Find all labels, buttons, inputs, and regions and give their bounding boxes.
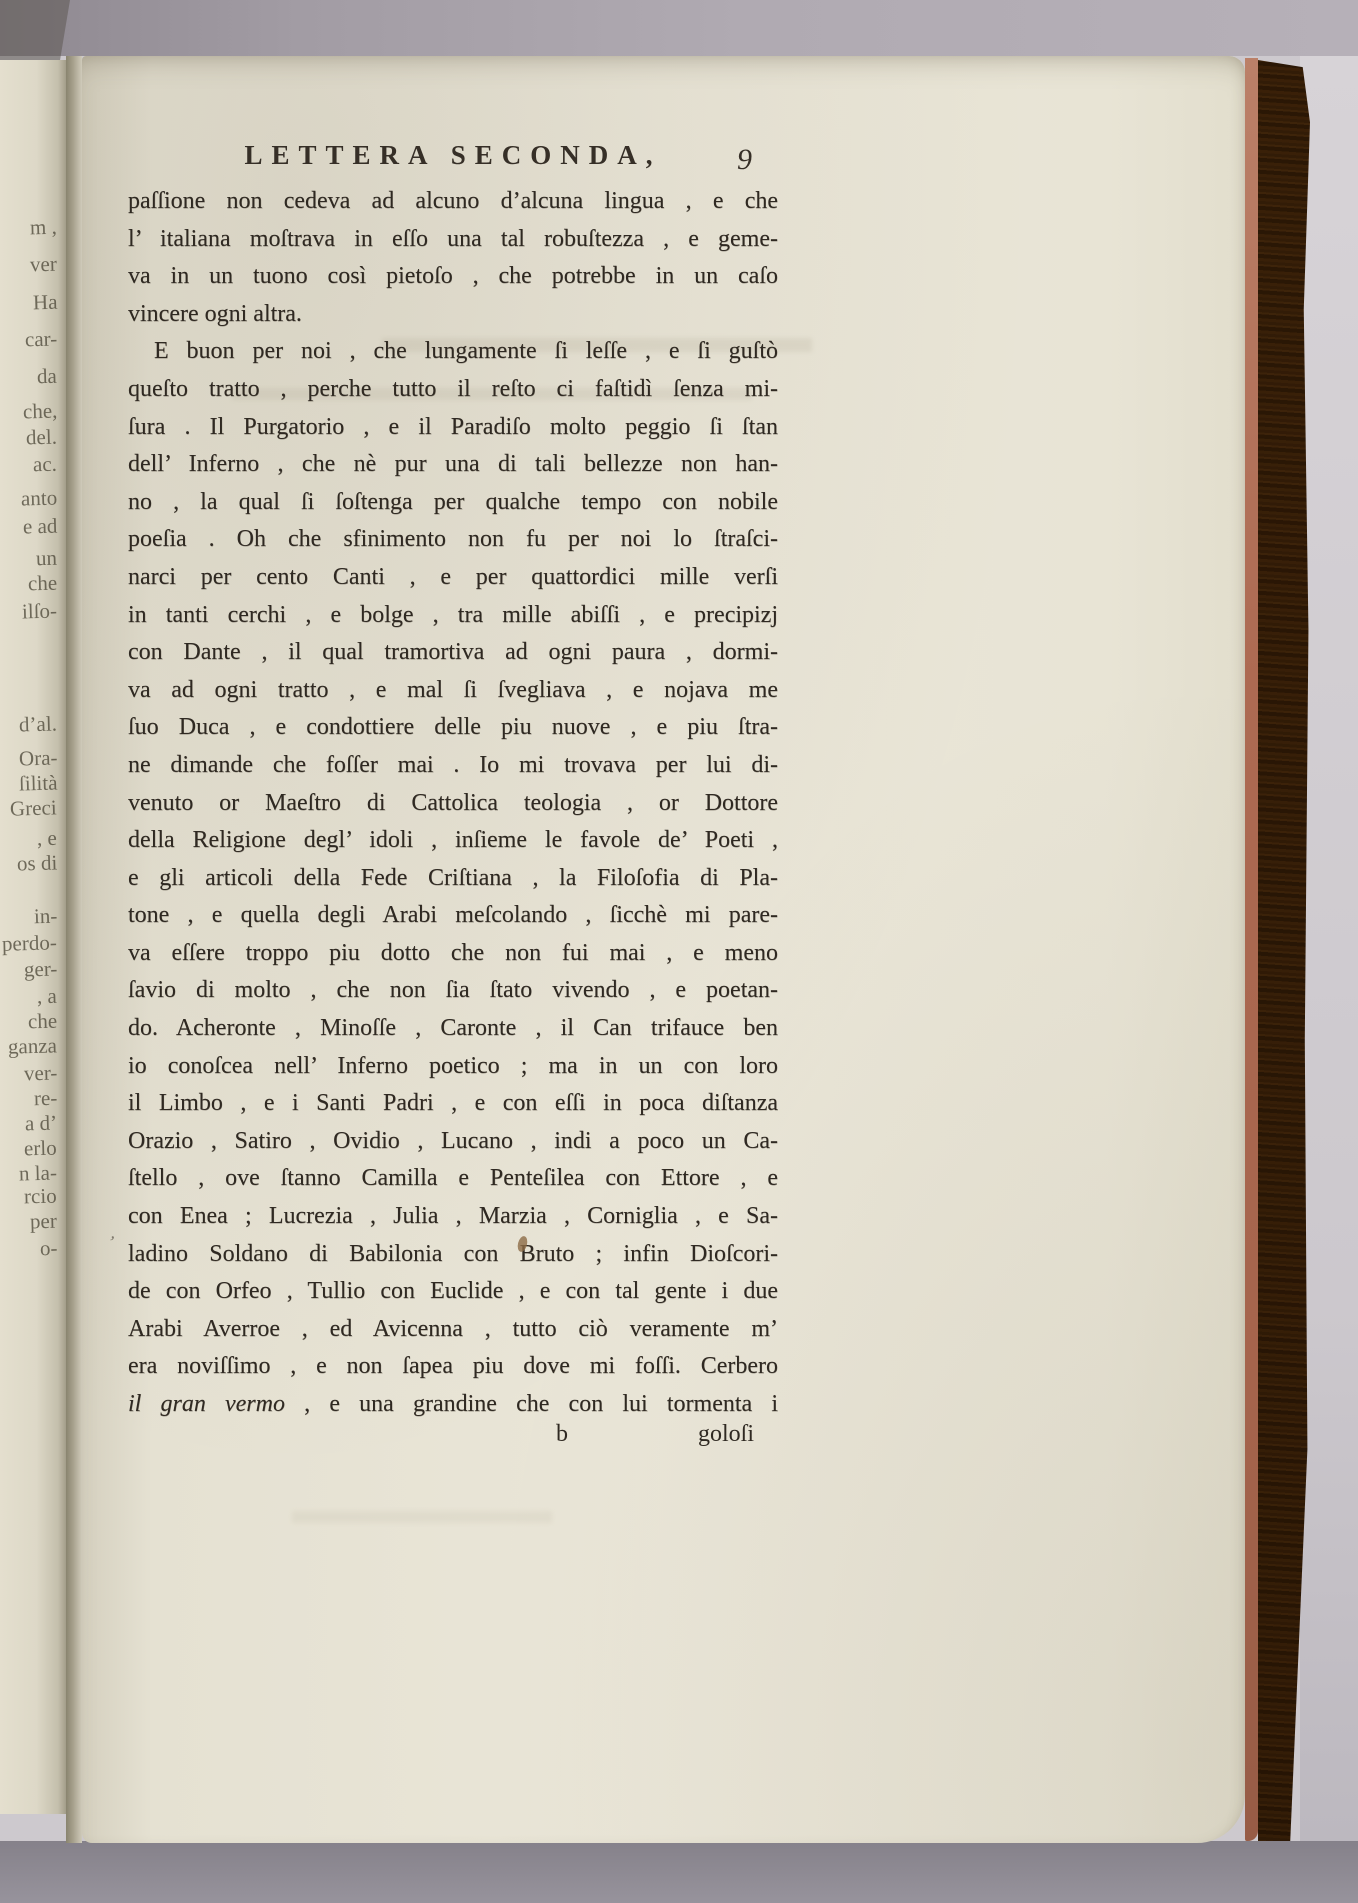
text-line: va eſſere troppo piu dotto che non fui m… — [128, 935, 778, 973]
text-line: dell’ Inferno , che nè pur una di tali b… — [128, 446, 778, 484]
text-line: tone , e quella degli Arabi meſcolando ,… — [128, 897, 778, 935]
text-line: poeſia . Oh che sfinimento non fu per no… — [128, 521, 778, 559]
text-line: va ad ogni tratto , e mal ſi ſvegliava ,… — [128, 672, 778, 710]
text-line: queſto tratto , perche tutto il reſto ci… — [128, 371, 778, 409]
text-line: vincere ogni altra. — [128, 296, 778, 334]
signature-mark: b — [556, 1421, 568, 1448]
text-line: Arabi Averroe , ed Avicenna , tutto ciò … — [128, 1311, 778, 1349]
show-through-smudge — [292, 1511, 552, 1523]
paragraph: paſſione non cedeva ad alcuno d’alcuna l… — [128, 183, 778, 333]
text-line: ne dimande che foſſer mai . Io mi trovav… — [128, 747, 778, 785]
text-line: va in un tuono così pietoſo , che potreb… — [128, 258, 778, 296]
text-line: in tanti cerchi , e bolge , tra mille ab… — [128, 597, 778, 635]
text-line: venuto or Maeſtro di Cattolica teologia … — [128, 785, 778, 823]
text-line: no , la qual ſi ſoſtenga per qualche tem… — [128, 484, 778, 522]
running-header: LETTERA SECONDA, 9 — [128, 140, 778, 182]
body-text: paſſione non cedeva ad alcuno d’alcuna l… — [128, 183, 778, 1424]
text-line: ſavio di molto , che non ſia ſtato viven… — [128, 972, 778, 1010]
text-line: narci per cento Canti , e per quattordic… — [128, 559, 778, 597]
text-line: E buon per noi , che lungamente ſi leſſe… — [128, 333, 778, 371]
text-line: io conoſcea nell’ Inferno poetico ; ma i… — [128, 1048, 778, 1086]
text-line: ſura . Il Purgatorio , e il Paradiſo mol… — [128, 409, 778, 447]
text-line: della Religione degl’ idoli , inſieme le… — [128, 822, 778, 860]
paragraph: E buon per noi , che lungamente ſi leſſe… — [128, 333, 778, 1423]
page-edge-red — [1245, 58, 1258, 1841]
text-line: Orazio , Satiro , Ovidio , Lucano , indi… — [128, 1123, 778, 1161]
book-photo: m ,verHacar-dache,del.ac.antoe aduncheil… — [0, 0, 1358, 1903]
page-title: LETTERA SECONDA, — [128, 140, 778, 172]
text-line: ſtello , ove ſtanno Camilla e Penteſilea… — [128, 1160, 778, 1198]
gutter-shadow — [66, 56, 82, 1843]
text-line: era noviſſimo , e non ſapea piu dove mi … — [128, 1348, 778, 1386]
catchword: goloſi — [698, 1421, 754, 1448]
background-top — [0, 0, 1358, 56]
facing-page-edge — [0, 60, 66, 1814]
text-line: paſſione non cedeva ad alcuno d’alcuna l… — [128, 183, 778, 221]
text-line: con Dante , il qual tramortiva ad ogni p… — [128, 634, 778, 672]
text-line: de con Orfeo , Tullio con Euclide , e co… — [128, 1273, 778, 1311]
text-line: ſuo Duca , e condottiere delle piu nuove… — [128, 709, 778, 747]
text-line: il Limbo , e i Santi Padri , e con eſſi … — [128, 1085, 778, 1123]
text-line: l’ italiana moſtrava in eſſo una tal rob… — [128, 221, 778, 259]
background-right — [1300, 56, 1358, 1841]
text-line: do. Acheronte , Minoſſe , Caronte , il C… — [128, 1010, 778, 1048]
text-line: ladino Soldano di Babilonia con Bruto ; … — [128, 1236, 778, 1274]
background-bottom — [0, 1841, 1358, 1903]
text-line: il gran vermo , e una grandine che con l… — [128, 1386, 778, 1424]
page-number: 9 — [737, 143, 752, 177]
text-line: e gli articoli della Fede Criſtiana , la… — [128, 860, 778, 898]
direction-line: b goloſi — [128, 1421, 778, 1459]
text-line: con Enea ; Lucrezia , Julia , Marzia , C… — [128, 1198, 778, 1236]
